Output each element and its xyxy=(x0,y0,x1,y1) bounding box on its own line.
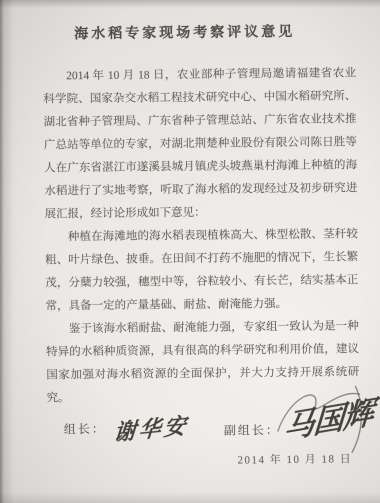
document-title: 海水稻专家现场考察评议意见 xyxy=(29,20,341,43)
paragraph-observations: 种植在海滩地的海水稻表现植株高大、株型松散、茎秆较粗、叶片绿色、披垂。在田间不打… xyxy=(45,223,359,318)
deputy-signature-group: 副组长：马国辉 xyxy=(224,406,374,453)
deputy-signature: 马国辉 xyxy=(283,386,375,447)
document-content: 海水稻专家现场考察评议意见 2014 年 10 月 18 日，农业部种子管理局邀… xyxy=(0,0,380,503)
document-page: 海水稻专家现场考察评议意见 2014 年 10 月 18 日，农业部种子管理局邀… xyxy=(0,0,380,503)
document-date: 2014 年 10 月 18 日 xyxy=(2,450,352,470)
leader-label: 组长： xyxy=(64,422,106,436)
paragraph-intro: 2014 年 10 月 18 日，农业部种子管理局邀请福建省农业科学院、国家杂交… xyxy=(43,62,358,226)
leader-signature: 谢华安 xyxy=(113,409,190,448)
document-body: 2014 年 10 月 18 日，农业部种子管理局邀请福建省农业科学院、国家杂交… xyxy=(43,62,360,410)
leader-signature-group: 组长：谢华安 xyxy=(64,412,189,444)
deputy-label: 副组长： xyxy=(224,423,280,438)
